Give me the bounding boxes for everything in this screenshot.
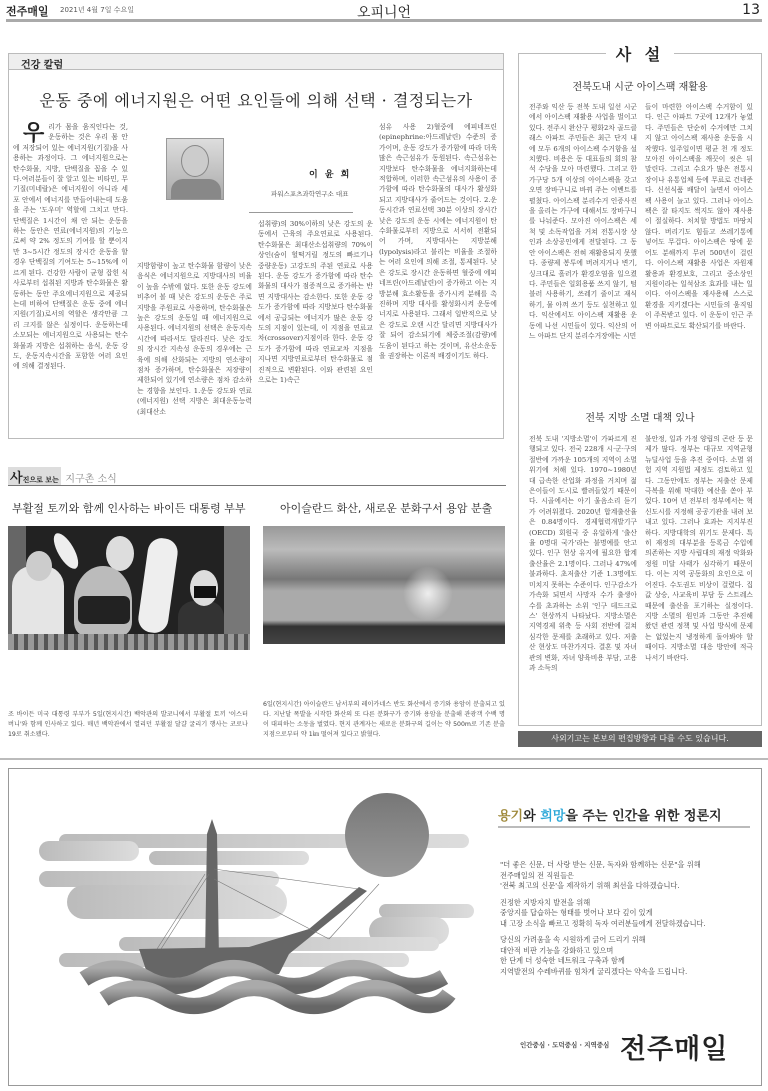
editorial-headline-1: 전북도내 시군 아이스팩 재활용 <box>519 78 761 93</box>
ad-motto: 인간중심 · 도덕중심 · 지역중심 <box>520 1040 609 1049</box>
column-text-2: 지방함량이 높고 탄수화물 함량이 낮은 음식은 에너지원으로 지방대사의 비율… <box>137 261 252 417</box>
photo-headline-1: 부활절 토끼와 함께 인사하는 바이든 대통령 부부 <box>12 500 246 516</box>
editorial-2-text-2: 불안정, 일과 가정 양립의 곤란 등 문제가 많다. 정부는 대규모 지역균형… <box>645 434 753 663</box>
flowers <box>8 634 250 650</box>
sun-icon <box>345 793 429 877</box>
author-photo <box>166 138 224 200</box>
column-text-4: 섬유 사용 2)혈중에 에피네프린(epinephrine:아드레날린) 수준의… <box>379 122 497 361</box>
bunny-mask <box>78 596 130 624</box>
disclaimer-banner: 사외기고는 본보의 편집방향과 다를 수도 있습니다. <box>518 731 762 747</box>
ad-paragraph: 당신의 가려움을 속 시원하게 긁어 드리기 위해 대안적 비판 기능을 강화하… <box>500 935 760 977</box>
section-separator <box>0 758 768 760</box>
editorial-1-text-2: 들이 마련한 아이스팩 수거함이 있다. 인근 아파트 7곳에 12개가 놓였다… <box>645 102 753 331</box>
author-body <box>171 179 221 199</box>
author-face <box>181 145 209 177</box>
photo-headline-2: 아이슬란드 화산, 새로운 분화구서 용암 분출 <box>280 500 492 516</box>
column-text-1: 우 리가 몸을 움직인다는 것, 운동하는 것은 우리 몸 안에 저장되어 있는… <box>13 122 128 372</box>
page-number: 13 <box>742 2 760 18</box>
ad-paragraph: 진정한 지방자치 발전을 위해 중앙지를 답습하는 형태를 벗어나 보다 깊이 … <box>500 898 760 930</box>
column-tag: 건강 칼럼 <box>9 54 503 70</box>
column-title: 운동 중에 에너지원은 어떤 요인들에 의해 선택 · 결정되는가 <box>9 88 503 111</box>
photo-caption-2: 6일(현지시간) 아이슬란드 남서부의 레이카네스 반도 화산에서 증기와 용암… <box>263 700 505 740</box>
dropcap: 우 <box>23 124 44 142</box>
author-name: 이 윤 희 <box>309 167 351 180</box>
photo-iceland-volcano <box>263 526 505 644</box>
ad-body: "더 좋은 신문, 더 사랑 받는 신문, 독자와 함께하는 신문"을 위해 전… <box>500 860 760 983</box>
editorial-box: 사 설 전북도내 시군 아이스팩 재활용 전주와 익산 등 전북 도내 일선 시… <box>518 53 762 726</box>
waves-icon <box>84 968 449 1006</box>
ad-paragraph: "더 좋은 신문, 더 사랑 받는 신문, 독자와 함께하는 신문"을 위해 전… <box>500 860 760 892</box>
bunny-ear-left <box>49 530 83 573</box>
photo-caption-1: 조 바이든 미국 대통령 부부가 5일(현지시간) 백악관의 발코니에서 부활절… <box>8 710 248 740</box>
editorial-1-text-1: 전주와 익산 등 전북 도내 일선 시군에서 아이스팩 재활용 사업을 벌이고 … <box>529 102 637 341</box>
ad-slogan: 용기와 희망을 주는 인간을 위한 정론지 <box>498 805 722 824</box>
column-text-3: 섭취량)의 30%이하의 낮은 강도의 운동에서 근육의 주요연료로 사용된다.… <box>258 219 373 386</box>
photo-section-title: 사진으로 보는 지구촌 소식 <box>8 467 117 486</box>
header-rule <box>6 19 762 22</box>
bunny-arm <box>137 536 180 634</box>
editorial-headline-2: 전북 지방 소멸 대책 있나 <box>519 409 761 424</box>
ad-slogan-rule <box>498 826 750 828</box>
editorial-2-text-1: 전북 도내 '지방소멸'이 가파르게 진행되고 있다. 전국 228개 시·군·… <box>529 434 637 673</box>
ship-illustration <box>29 779 479 1039</box>
health-column: 건강 칼럼 운동 중에 에너지원은 어떤 요인들에 의해 선택 · 결정되는가 … <box>8 53 504 439</box>
bunny-ear-right <box>106 536 134 571</box>
photo-biden-easter <box>8 526 250 650</box>
editorial-label: 사 설 <box>606 45 674 64</box>
lava-spray <box>403 566 453 621</box>
photo-section-rule <box>8 485 506 486</box>
author-rule <box>249 212 353 213</box>
author-title: 파워스포츠과학연구소 대표 <box>271 189 348 198</box>
ad-logo: 전주매일 <box>620 1027 728 1066</box>
